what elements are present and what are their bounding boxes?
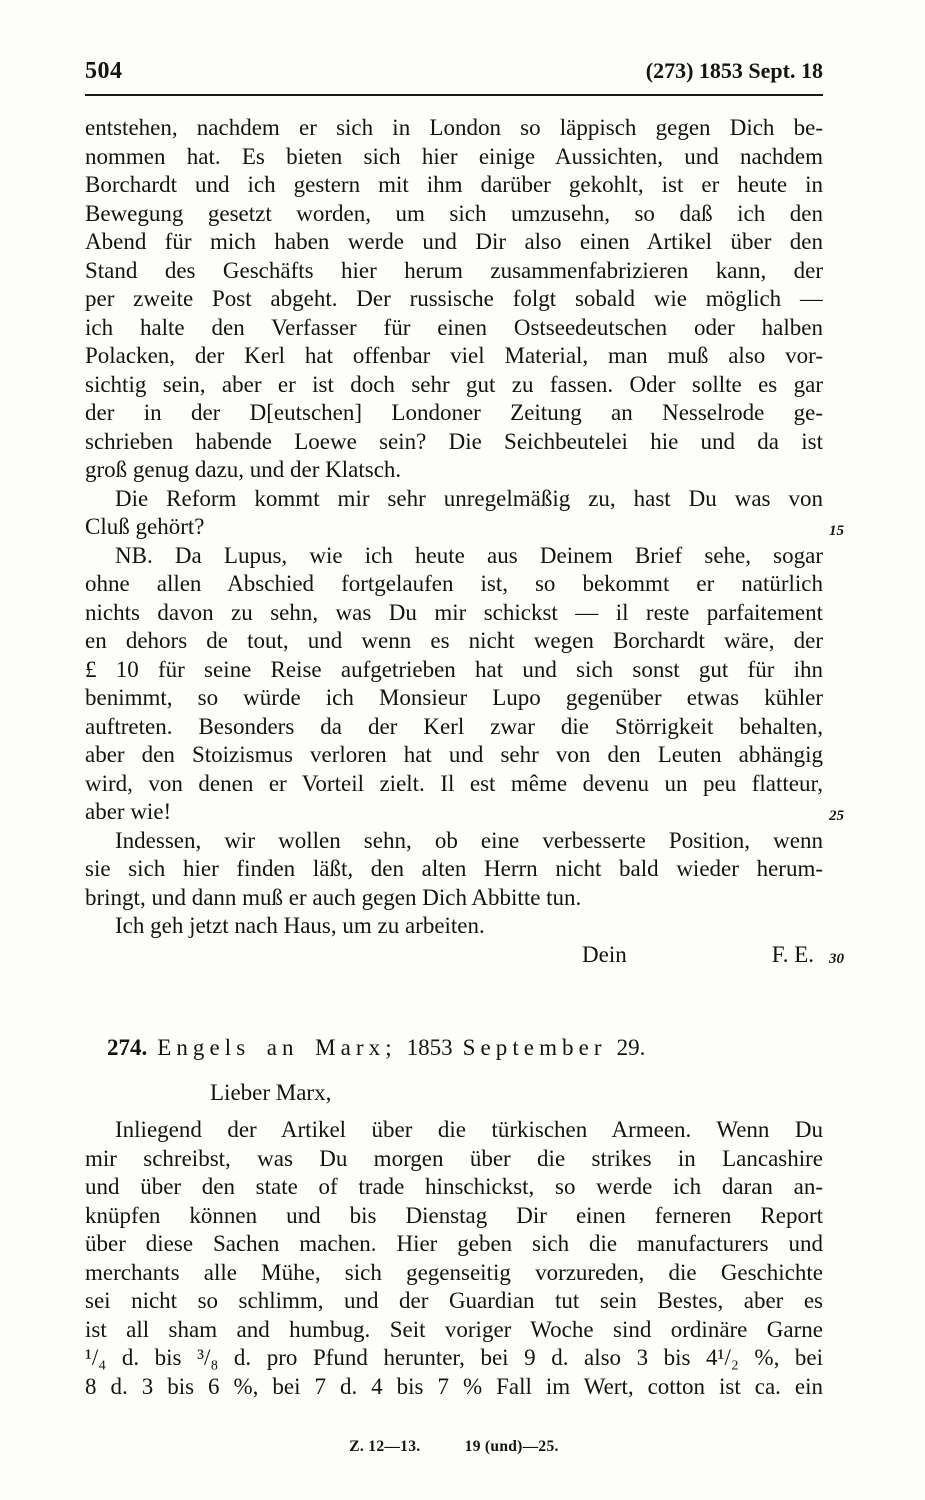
text-line-content: knüpfen können und bis Dienstag Dir eine… [85, 1203, 823, 1228]
text-line-content: £ 10 für seine Reise aufgetrieben hat un… [85, 657, 823, 682]
text-line-content: Inliegend der Artikel über die türkische… [115, 1117, 823, 1142]
book-page: 504 (273) 1853 Sept. 18 entstehen, nachd… [0, 0, 925, 1500]
margin-line-number: 25 [829, 809, 863, 824]
text-line-content: Borchardt und ich gestern mit ihm darübe… [85, 172, 823, 197]
running-head: 504 (273) 1853 Sept. 18 [85, 58, 823, 96]
letter-274-text: Inliegend der Artikel über die türkische… [85, 1116, 823, 1401]
text-line: merchants alle Mühe, sich gegenseitig vo… [85, 1259, 823, 1288]
text-line: aber wie!25 [85, 798, 823, 827]
text-line: Indessen, wir wollen sehn, ob eine verbe… [85, 827, 823, 856]
text-line: Inliegend der Artikel über die türkische… [85, 1116, 823, 1145]
text-line: Bewegung gesetzt worden, um sich umzuseh… [85, 200, 823, 229]
text-line-content: NB. Da Lupus, wie ich heute aus Deinem B… [115, 543, 823, 568]
text-line-content: Polacken, der Kerl hat offenbar viel Mat… [85, 343, 823, 368]
text-line-content: Bewegung gesetzt worden, um sich umzuseh… [85, 201, 823, 226]
text-line: Stand des Geschäfts hier herum zusammenf… [85, 257, 823, 286]
signature-row: Dein F. E. 30 [85, 941, 823, 970]
text-line-content: bringt, und dann muß er auch gegen Dich … [85, 885, 581, 910]
text-line-content: 8 d. 3 bis 6 %, bei 7 d. 4 bis 7 % Fall … [85, 1374, 823, 1399]
letter-number: 274. [107, 1035, 147, 1060]
text-line-content: sichtig sein, aber er ist doch sehr gut … [85, 372, 823, 397]
text-line-content: merchants alle Mühe, sich gegenseitig vo… [85, 1260, 823, 1285]
text-line: Borchardt und ich gestern mit ihm darübe… [85, 171, 823, 200]
text-line: und über den state of trade hinschickst,… [85, 1173, 823, 1202]
heading-year: 1853 [407, 1035, 453, 1060]
text-line: aber den Stoizismus verloren hat und seh… [85, 741, 823, 770]
text-line-content: schrieben habende Loewe sein? Die Seichb… [85, 429, 823, 454]
text-line-content: ist all sham and humbug. Seit voriger Wo… [85, 1317, 823, 1342]
text-line: knüpfen können und bis Dienstag Dir eine… [85, 1202, 823, 1231]
text-line: entstehen, nachdem er sich in London so … [85, 114, 823, 143]
running-head-letter-date: (273) 1853 Sept. 18 [646, 58, 823, 84]
text-line: schrieben habende Loewe sein? Die Seichb… [85, 428, 823, 457]
text-line-content: Stand des Geschäfts hier herum zusammenf… [85, 258, 823, 283]
text-line-content: entstehen, nachdem er sich in London so … [85, 115, 823, 140]
margin-line-number: 15 [829, 524, 863, 539]
apparatus-footer: Z. 12—13. 19 (und)—25. [85, 1438, 823, 1456]
signature-initials: F. E. [772, 941, 814, 970]
text-line-content: nichts davon zu sehn, was Du mir schicks… [85, 600, 823, 625]
text-line: sei nicht so schlimm, und der Guardian t… [85, 1287, 823, 1316]
text-line: auftreten. Besonders da der Kerl zwar di… [85, 713, 823, 742]
apparatus-note: Z. 12—13. [349, 1438, 420, 1455]
text-line: £ 10 für seine Reise aufgetrieben hat un… [85, 656, 823, 685]
letter-273-text: entstehen, nachdem er sich in London so … [85, 114, 823, 941]
text-line: nommen hat. Es bieten sich hier einige A… [85, 143, 823, 172]
text-line: Abend für mich haben werde und Dir also … [85, 228, 823, 257]
text-line-content: benimmt, so würde ich Monsieur Lupo gege… [85, 685, 823, 710]
text-line: per zweite Post abgeht. Der russische fo… [85, 285, 823, 314]
text-line: mir schreibst, was Du morgen über die st… [85, 1145, 823, 1174]
text-line-content: sie sich hier finden läßt, den alten Her… [85, 856, 823, 881]
text-line: über diese Sachen machen. Hier geben sic… [85, 1230, 823, 1259]
text-line-content: ¹/₄ d. bis ³/₈ d. pro Pfund herunter, be… [85, 1345, 823, 1370]
text-line: bringt, und dann muß er auch gegen Dich … [85, 884, 823, 913]
text-line-content: nommen hat. Es bieten sich hier einige A… [85, 144, 823, 169]
text-line: ohne allen Abschied fortgelaufen ist, so… [85, 570, 823, 599]
text-line-content: aber den Stoizismus verloren hat und seh… [85, 742, 823, 767]
text-line: ¹/₄ d. bis ³/₈ d. pro Pfund herunter, be… [85, 1344, 823, 1373]
letter-274-heading: 274.Engels an Marx;1853September29. [107, 1033, 645, 1063]
text-line: benimmt, so würde ich Monsieur Lupo gege… [85, 684, 823, 713]
text-line: ich halte den Verfasser für einen Ostsee… [85, 314, 823, 343]
text-line: NB. Da Lupus, wie ich heute aus Deinem B… [85, 542, 823, 571]
text-line: Cluß gehört?15 [85, 513, 823, 542]
text-line-content: Abend für mich haben werde und Dir also … [85, 229, 823, 254]
text-line-content: und über den state of trade hinschickst,… [85, 1174, 823, 1199]
text-line: wird, von denen er Vorteil zielt. Il est… [85, 770, 823, 799]
text-line: nichts davon zu sehn, was Du mir schicks… [85, 599, 823, 628]
text-line: der in der D[eutschen] Londoner Zeitung … [85, 399, 823, 428]
text-line-content: ich halte den Verfasser für einen Ostsee… [85, 315, 823, 340]
text-line-content: Ich geh jetzt nach Haus, um zu arbeiten. [115, 913, 485, 938]
text-line-content: aber wie! [85, 799, 171, 824]
text-line-content: Indessen, wir wollen sehn, ob eine verbe… [115, 828, 823, 853]
apparatus-note: 19 (und)—25. [465, 1438, 559, 1455]
salutation: Lieber Marx, [210, 1078, 331, 1108]
text-line: sichtig sein, aber er ist doch sehr gut … [85, 371, 823, 400]
text-line: en dehors de tout, und wenn es nicht weg… [85, 627, 823, 656]
text-line-content: wird, von denen er Vorteil zielt. Il est… [85, 771, 823, 796]
text-line: ist all sham and humbug. Seit voriger Wo… [85, 1316, 823, 1345]
text-line-content: Cluß gehört? [85, 514, 204, 539]
text-line-content: über diese Sachen machen. Hier geben sic… [85, 1231, 823, 1256]
margin-line-number: 30 [829, 952, 863, 967]
heading-month: September [463, 1035, 607, 1060]
heading-correspondents: Engels an Marx; [157, 1035, 396, 1060]
signature-valediction: Dein [582, 941, 627, 970]
text-line-content: en dehors de tout, und wenn es nicht weg… [85, 628, 823, 653]
heading-day: 29. [617, 1035, 646, 1060]
text-line: Polacken, der Kerl hat offenbar viel Mat… [85, 342, 823, 371]
text-line-content: mir schreibst, was Du morgen über die st… [85, 1146, 823, 1171]
text-line: 8 d. 3 bis 6 %, bei 7 d. 4 bis 7 % Fall … [85, 1373, 823, 1402]
text-line-content: ohne allen Abschied fortgelaufen ist, so… [85, 571, 823, 596]
text-line: Ich geh jetzt nach Haus, um zu arbeiten. [85, 912, 823, 941]
page-number: 504 [85, 58, 123, 85]
text-line-content: auftreten. Besonders da der Kerl zwar di… [85, 714, 823, 739]
text-line: Die Reform kommt mir sehr unregelmäßig z… [85, 485, 823, 514]
text-line-content: Die Reform kommt mir sehr unregelmäßig z… [115, 486, 823, 511]
text-line: sie sich hier finden läßt, den alten Her… [85, 855, 823, 884]
text-line-content: der in der D[eutschen] Londoner Zeitung … [85, 400, 823, 425]
text-line: groß genug dazu, und der Klatsch. [85, 456, 823, 485]
text-line-content: per zweite Post abgeht. Der russische fo… [85, 286, 823, 311]
text-line-content: sei nicht so schlimm, und der Guardian t… [85, 1288, 823, 1313]
text-line-content: groß genug dazu, und der Klatsch. [85, 457, 401, 482]
